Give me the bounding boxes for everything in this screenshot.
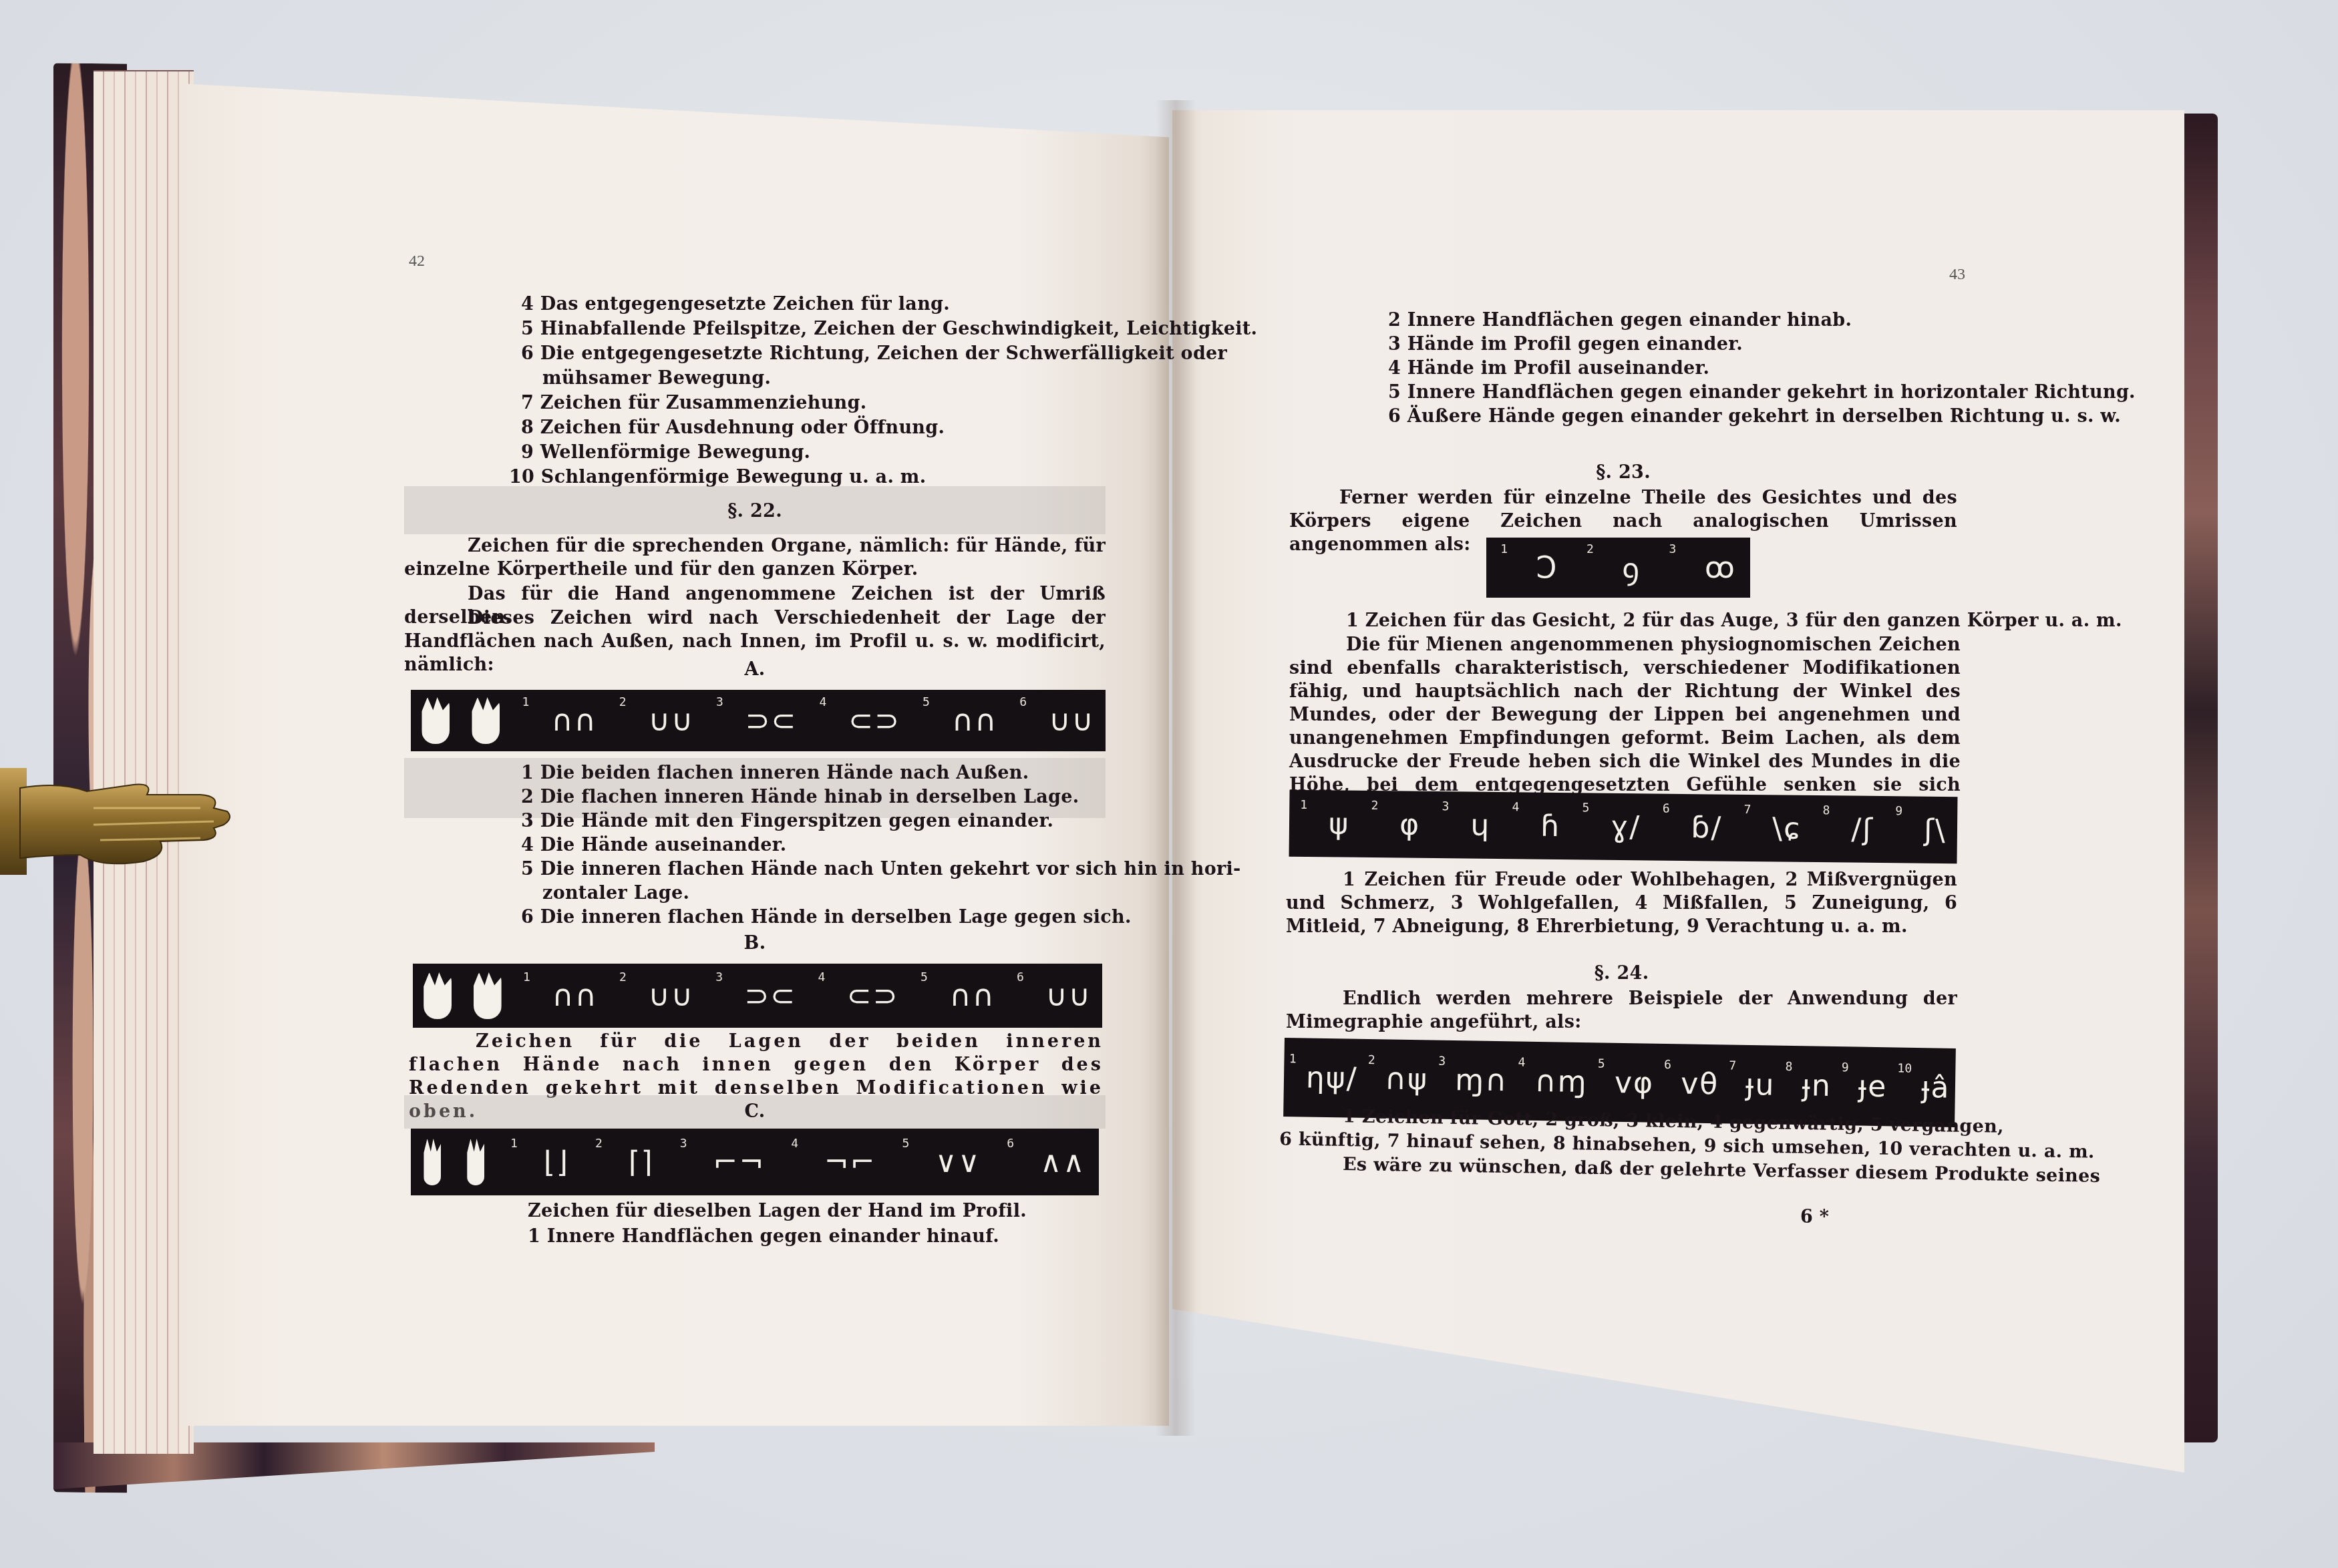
figure-number: 2 <box>1368 1053 1375 1067</box>
page-number-right: 43 <box>1949 266 1965 284</box>
list-item: 10 Schlangenförmige Bewegung u. a. m. <box>509 465 926 489</box>
caption-item: 1 Die beiden flachen inneren Hände nach … <box>521 761 1029 785</box>
figure-number: 1 <box>1500 542 1508 556</box>
example-sign-glyph: ∩ψ <box>1384 1062 1428 1097</box>
figure-c-caption: 1 Innere Handflächen gegen einander hina… <box>528 1225 999 1248</box>
example-sign-glyph: ɟâ <box>1921 1070 1951 1105</box>
figure-number: 5 <box>1582 801 1589 815</box>
example-sign-glyph: ∩ɱ <box>1534 1064 1588 1099</box>
example-sign-glyph: ɟe <box>1858 1069 1888 1104</box>
mouth-sign-glyph: ɣ/ <box>1611 809 1641 843</box>
mouth-sign-glyph: ɓ/ <box>1691 811 1722 845</box>
figure-c-caption: Zeichen für dieselben Lagen der Hand im … <box>528 1199 1027 1223</box>
caption-item: zontaler Lage. <box>542 881 689 905</box>
figure-number: 2 <box>1371 799 1378 813</box>
figure-number: 1 <box>1300 797 1307 811</box>
face-signs-plate: 1Ͻ 2ꝯ 3ꝏ <box>1486 538 1750 598</box>
figure-number: 2 <box>619 970 627 984</box>
hand-sign-glyph: ∪∪ <box>649 704 694 738</box>
figure-number: 7 <box>1743 802 1751 816</box>
figure-b-plate: 1∩∩ 2∪∪ 3⊃⊂ 4⊂⊃ 5∩∩ 6∪∪ <box>413 964 1102 1028</box>
list-item: 4 Hände im Profil auseinander. <box>1388 357 1709 380</box>
hand-sign-glyph: ⌊⌋ <box>544 1145 569 1179</box>
gutter-shadow <box>1156 100 1196 1436</box>
hand-sign-glyph: ⌐¬ <box>713 1145 766 1179</box>
mouth-signs-plate: 1ψ 2φ 3ɥ 4ɦ 5ɣ/ 6ɓ/ 7\ɕ 8/ʃ 9ʃ\ <box>1289 790 1958 863</box>
mouth-sign-glyph: ɦ <box>1540 809 1560 843</box>
hand-sign-glyph: ∩∩ <box>551 704 597 738</box>
figure-number: 8 <box>1785 1059 1792 1073</box>
list-item: mühsamer Bewegung. <box>542 367 771 390</box>
figure-number: 8 <box>1823 803 1830 817</box>
figure-number: 1 <box>522 695 529 709</box>
figure-number: 6 <box>1019 695 1027 709</box>
hand-sign-glyph: ⊂⊃ <box>848 704 900 738</box>
hand-sign-glyph: ∪∪ <box>1045 979 1091 1013</box>
figure-number: 9 <box>1842 1060 1849 1074</box>
figure-a-plate: 1∩∩ 2∪∪ 3⊃⊂ 4⊂⊃ 5∩∩ 6∪∪ <box>411 690 1106 751</box>
figure-number: 5 <box>921 970 928 984</box>
list-item: 2 Innere Handflächen gegen einander hina… <box>1388 309 1852 332</box>
figure-number: 1 <box>510 1137 518 1151</box>
mouth-sign-glyph: ʃ\ <box>1924 813 1947 847</box>
caption-item: 4 Die Hände auseinander. <box>521 833 786 857</box>
hand-sign-glyph: ∧∧ <box>1040 1145 1085 1179</box>
caption-item: 2 Die flachen inneren Hände hinab in der… <box>521 785 1079 809</box>
right-cover-marbled <box>2184 114 2218 1442</box>
figure-number: 4 <box>819 695 826 709</box>
figure-number: 4 <box>1518 1055 1525 1069</box>
hand-outline-icon <box>422 697 450 744</box>
hand-sign-glyph: ∪∪ <box>1049 704 1094 738</box>
figure-number: 5 <box>902 1137 909 1151</box>
figure-number: 7 <box>1729 1058 1736 1072</box>
section-22-paragraph-1: Zeichen für die sprechenden Organe, näml… <box>404 534 1106 581</box>
hand-sign-glyph: ∪∪ <box>648 979 693 1013</box>
hand-outline-icon <box>472 697 500 744</box>
figure-number: 2 <box>1586 542 1594 556</box>
figure-number: 4 <box>818 970 826 984</box>
brass-hand-clasp-icon <box>0 755 234 888</box>
list-item: 9 Wellenförmige Bewegung. <box>521 441 810 464</box>
signature-mark: 6 * <box>1800 1205 1829 1229</box>
caption-item: 5 Die inneren flachen Hände nach Unten g… <box>521 857 1241 881</box>
figure-number: 1 <box>1289 1052 1297 1066</box>
body-sign-glyph: ꝏ <box>1705 551 1736 585</box>
figure-number: 6 <box>1007 1137 1014 1151</box>
example-sign-glyph: ɟn <box>1802 1068 1832 1103</box>
figure-number: 10 <box>1897 1061 1912 1075</box>
hand-sign-glyph: ⌈⌉ <box>629 1145 654 1179</box>
section-24-paragraph: Endlich werden mehrere Beispiele der Anw… <box>1286 987 1957 1034</box>
hand-sign-glyph: ⊃⊂ <box>744 979 796 1013</box>
face-sign-glyph: Ͻ <box>1536 551 1558 585</box>
figure-number: 4 <box>791 1137 798 1151</box>
section-23-heading: §. 23. <box>1289 461 1957 484</box>
list-item: 6 Die entgegengesetzte Richtung, Zeichen… <box>521 342 1227 365</box>
section-22-heading: §. 22. <box>404 500 1106 523</box>
figure-number: 6 <box>1663 801 1670 815</box>
example-sign-glyph: ηψ/ <box>1306 1060 1359 1095</box>
list-item: 5 Innere Handflächen gegen einander geke… <box>1388 381 2136 404</box>
figure-number: 6 <box>1664 1058 1671 1072</box>
figure-number: 2 <box>595 1137 603 1151</box>
example-sign-glyph: vφ <box>1614 1065 1654 1100</box>
figure-number: 2 <box>619 695 627 709</box>
figure-number: 1 <box>523 970 530 984</box>
figure-number: 3 <box>1669 542 1677 556</box>
face-signs-caption: 1 Zeichen für das Gesicht, 2 für das Aug… <box>1346 609 2122 632</box>
hand-sign-glyph: ¬⌐ <box>824 1145 876 1179</box>
figure-number: 3 <box>1438 1054 1446 1068</box>
list-item: 4 Das entgegengesetzte Zeichen für lang. <box>521 292 950 316</box>
mouth-sign-glyph: ɥ <box>1470 808 1490 842</box>
example-sign-glyph: ɟu <box>1745 1067 1776 1102</box>
hand-sign-glyph: ⊃⊂ <box>745 704 798 738</box>
figure-number: 4 <box>1512 800 1519 814</box>
mouth-sign-glyph: /ʃ <box>1851 812 1874 846</box>
hand-sign-glyph: ∨∨ <box>935 1145 981 1179</box>
figure-number: 5 <box>923 695 930 709</box>
hand-sign-glyph: ∩∩ <box>552 979 597 1013</box>
mouth-sign-glyph: ψ <box>1329 807 1350 841</box>
caption-item: 3 Die Hände mit den Fingerspitzen gegen … <box>521 809 1053 833</box>
figure-c-label: C. <box>404 1100 1106 1123</box>
section-24-heading: §. 24. <box>1286 962 1957 985</box>
mouth-sign-glyph: φ <box>1399 807 1421 841</box>
figure-number: 5 <box>1598 1056 1605 1070</box>
page-number-left: 42 <box>409 252 425 270</box>
figure-number: 3 <box>680 1137 687 1151</box>
caption-item: 6 Die inneren flachen Hände in derselben… <box>521 906 1132 929</box>
figure-number: 6 <box>1017 970 1024 984</box>
hand-palm-icon <box>424 972 452 1019</box>
hand-palm-icon <box>474 972 502 1019</box>
figure-number: 9 <box>1895 804 1902 818</box>
list-item: 3 Hände im Profil gegen einander. <box>1388 333 1743 356</box>
mouth-sign-glyph: \ɕ <box>1772 811 1802 845</box>
hand-profile-icon <box>424 1139 441 1185</box>
mouth-signs-caption: 1 Zeichen für Freude oder Wohlbehagen, 2… <box>1286 868 1957 938</box>
example-sign-glyph: vθ <box>1681 1066 1719 1101</box>
list-item: 7 Zeichen für Zusammenziehung. <box>521 391 866 415</box>
eye-sign-glyph: ꝯ <box>1622 548 1641 588</box>
hand-sign-glyph: ⊂⊃ <box>847 979 899 1013</box>
list-item: 8 Zeichen für Ausdehnung oder Öffnung. <box>521 416 945 439</box>
list-item: 6 Äußere Hände gegen einander gekehrt in… <box>1388 405 2121 428</box>
hand-sign-glyph: ∩∩ <box>949 979 995 1013</box>
figure-number: 3 <box>715 970 723 984</box>
list-item: 5 Hinabfallende Pfeilspitze, Zeichen der… <box>521 317 1257 341</box>
hand-profile-icon <box>467 1139 484 1185</box>
figure-number: 3 <box>716 695 723 709</box>
figure-b-label: B. <box>404 932 1106 955</box>
figure-c-plate: 1⌊⌋ 2⌈⌉ 3⌐¬ 4¬⌐ 5∨∨ 6∧∧ <box>411 1129 1099 1195</box>
figure-a-label: A. <box>404 658 1106 681</box>
hand-sign-glyph: ∩∩ <box>952 704 997 738</box>
example-sign-glyph: ɱ∩ <box>1455 1063 1508 1098</box>
figure-number: 3 <box>1442 799 1450 813</box>
